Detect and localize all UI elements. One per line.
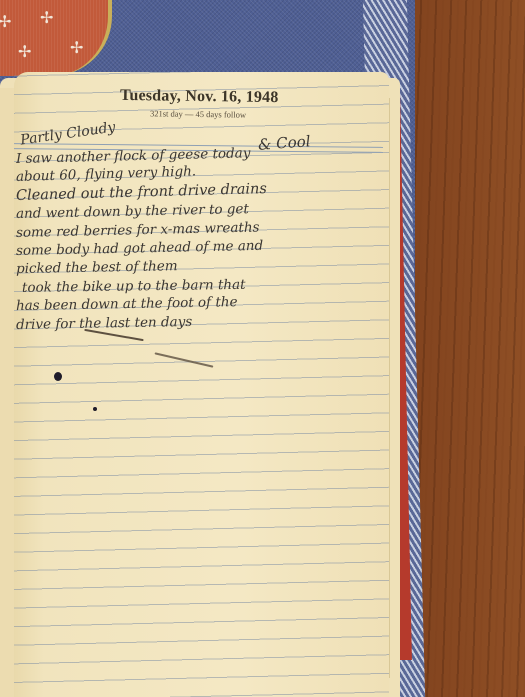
placemat-motif-icon: ✢ (40, 10, 53, 26)
diary-page: Tuesday, Nov. 16, 1948 321st day — 45 da… (14, 72, 389, 697)
page-date-heading: Tuesday, Nov. 16, 1948 (120, 87, 279, 107)
ink-speck (93, 407, 97, 411)
diary-entry: I saw another flock of geese today about… (16, 150, 386, 334)
placemat-motif-icon: ✢ (70, 40, 83, 56)
day-count-caption: 321st day — 45 days follow (150, 108, 246, 119)
ink-blot (54, 372, 62, 381)
placemat-motif-icon: ✢ (18, 44, 31, 60)
placemat-motif-icon: ✢ (0, 14, 11, 30)
